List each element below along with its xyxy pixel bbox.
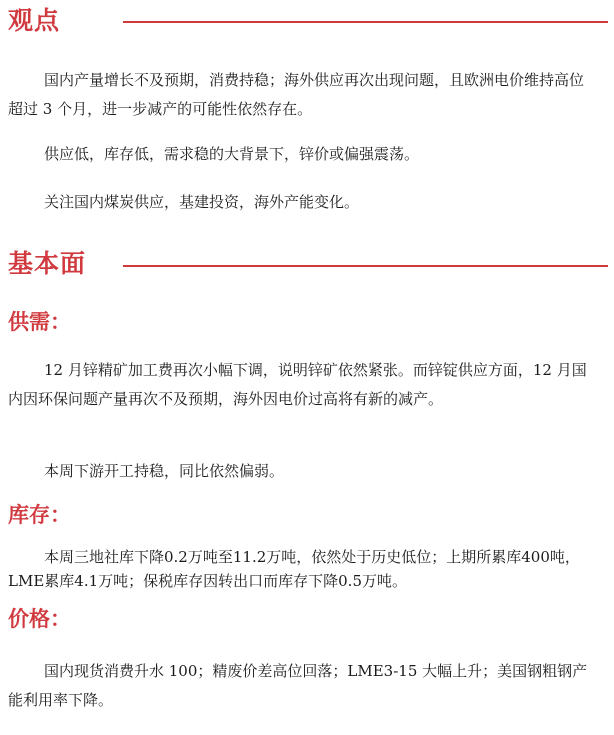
paragraph: 国内产量增长不及预期，消费持稳；海外供应再次出现问题，且欧洲电价维持高位超过 3… <box>8 66 588 124</box>
section-title-fundamentals: 基本面 <box>8 249 86 279</box>
paragraph: 本周三地社库下降0.2万吨至11.2万吨，依然处于历史低位；上期所累库400吨，… <box>8 545 588 593</box>
section-title-viewpoint: 观点 <box>8 6 60 36</box>
title-divider <box>123 265 608 267</box>
subsection-title-price: 价格： <box>8 606 71 632</box>
subsection-title-inventory: 库存： <box>8 502 71 528</box>
title-divider <box>123 21 608 23</box>
paragraph: 关注国内煤炭供应，基建投资，海外产能变化。 <box>8 188 588 217</box>
paragraph: 本周下游开工持稳，同比依然偏弱。 <box>8 457 588 486</box>
paragraph: 12 月锌精矿加工费再次小幅下调，说明锌矿依然紧张。而锌锭供应方面，12 月国内… <box>8 356 588 414</box>
subsection-title-supply-demand: 供需： <box>8 309 71 335</box>
paragraph: 供应低，库存低，需求稳的大背景下，锌价或偏强震荡。 <box>8 140 588 169</box>
paragraph: 国内现货消费升水 100；精废价差高位回落；LME3-15 大幅上升；美国钢粗钢… <box>8 657 588 715</box>
